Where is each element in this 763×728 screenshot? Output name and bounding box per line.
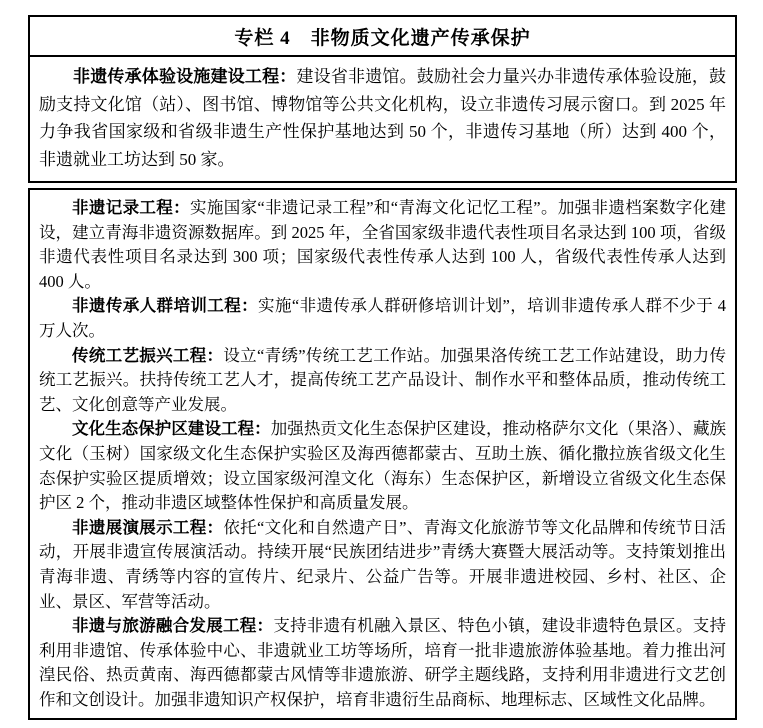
paragraph-cultural-ecology-reserve: 文化生态保护区建设工程：加强热贡文化生态保护区建设，推动格萨尔文化（果洛）、藏族…	[39, 417, 726, 515]
column-box-header-section: 专栏 4 非物质文化遗产传承保护 非遗传承体验设施建设工程：建设省非遗馆。鼓励社…	[28, 15, 737, 183]
page-title: 专栏 4 非物质文化遗产传承保护	[234, 23, 530, 50]
paragraph-lead: 传统工艺振兴工程：	[72, 346, 223, 365]
paragraph-lead: 非遗与旅游融合发展工程：	[72, 616, 273, 635]
paragraph-heritage-tourism-integration: 非遗与旅游融合发展工程：支持非遗有机融入景区、特色小镇，建设非遗特色景区。支持利…	[39, 614, 726, 712]
paragraph-heritage-experience-facilities: 非遗传承体验设施建设工程：建设省非遗馆。鼓励社会力量兴办非遗传承体验设施，鼓励支…	[39, 63, 726, 173]
paragraph-lead: 非遗传承人群培训工程：	[72, 296, 258, 315]
document-page: 专栏 4 非物质文化遗产传承保护 非遗传承体验设施建设工程：建设省非遗馆。鼓励社…	[0, 0, 763, 728]
paragraph-heritage-exhibition-project: 非遗展演展示工程：依托“文化和自然遗产日”、青海文化旅游节等文化品牌和传统节日活…	[39, 516, 726, 614]
column-box-projects-section: 非遗记录工程：实施国家“非遗记录工程”和“青海文化记忆工程”。加强非遗档案数字化…	[28, 188, 737, 720]
box2-body: 非遗记录工程：实施国家“非遗记录工程”和“青海文化记忆工程”。加强非遗档案数字化…	[30, 190, 735, 717]
paragraph-lead: 非遗传承体验设施建设工程：	[73, 67, 296, 86]
box1-body: 非遗传承体验设施建设工程：建设省非遗馆。鼓励社会力量兴办非遗传承体验设施，鼓励支…	[30, 57, 735, 178]
paragraph-lead: 文化生态保护区建设工程：	[72, 419, 271, 438]
column-title-row: 专栏 4 非物质文化遗产传承保护	[30, 17, 735, 57]
paragraph-inheritor-training-project: 非遗传承人群培训工程：实施“非遗传承人群研修培训计划”，培训非遗传承人群不少于 …	[39, 294, 726, 343]
paragraph-lead: 非遗记录工程：	[72, 198, 190, 217]
paragraph-traditional-craft-revitalization: 传统工艺振兴工程：设立“青绣”传统工艺工作站。加强果洛传统工艺工作站建设，助力传…	[39, 344, 726, 418]
paragraph-lead: 非遗展演展示工程：	[72, 518, 223, 537]
paragraph-heritage-recording-project: 非遗记录工程：实施国家“非遗记录工程”和“青海文化记忆工程”。加强非遗档案数字化…	[39, 196, 726, 294]
